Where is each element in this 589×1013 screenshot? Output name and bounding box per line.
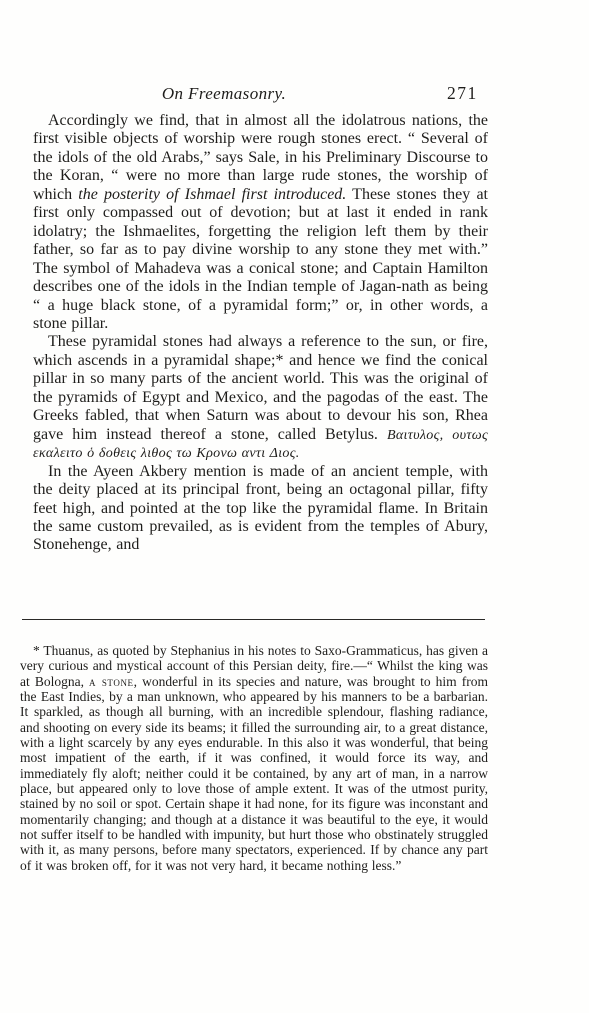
text-segment-smallcaps: a stone [89, 674, 134, 689]
text-segment-italic: the posterity of Ishmael first introduce… [78, 186, 346, 203]
paragraph-ayeen-akbery: In the Ayeen Akbery mention is made of a… [33, 463, 488, 555]
paragraph-pyramidal-stones: These pyramidal stones had always a refe… [33, 333, 488, 462]
footnote-divider [22, 619, 485, 620]
page-number: 271 [447, 83, 478, 104]
paragraph-idolatrous-nations: Accordingly we find, that in almost all … [33, 112, 488, 333]
text-segment-normal: , wonderful in its species and nature, w… [20, 674, 488, 873]
main-text: Accordingly we find, that in almost all … [33, 112, 488, 555]
book-page: On Freemasonry. 271 Accordingly we find,… [0, 0, 589, 1013]
text-segment-normal: These stones they at first only compasse… [33, 186, 488, 332]
text-segment-normal: In the Ayeen Akbery mention is made of a… [33, 463, 488, 554]
running-title: On Freemasonry. [33, 84, 415, 104]
footnote-thuanus: * Thuanus, as quoted by Stephanius in hi… [20, 643, 488, 873]
